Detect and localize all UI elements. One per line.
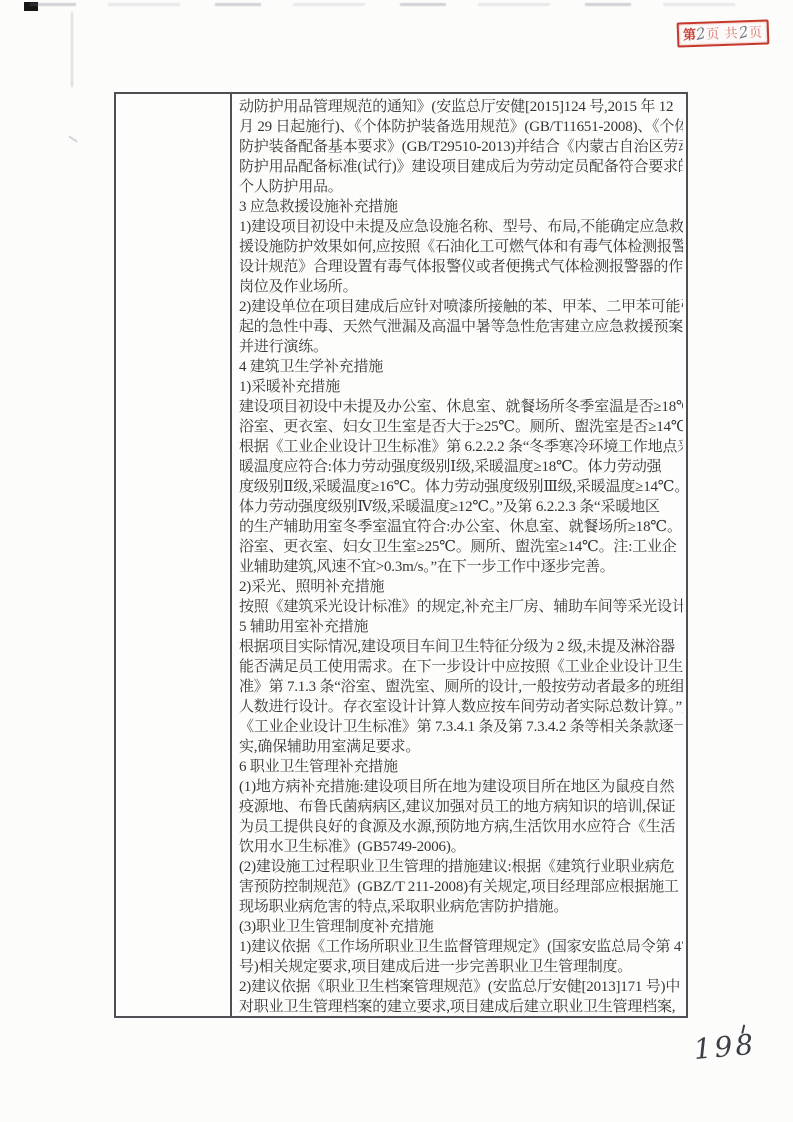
text-line: 实,确保辅助用室满足要求。	[239, 737, 683, 757]
text-line: 浴室、更衣室、妇女卫生室是否大于≥25℃。厕所、盥洗室是否≥14℃。	[239, 417, 683, 437]
text-line: 援设施防护效果如何,应按照《石油化工可燃气体和有毒气体检测报警	[239, 237, 683, 257]
text-line: 防护装备配备基本要求》(GB/T29510-2013)并结合《内蒙古自治区劳动	[239, 137, 683, 157]
text-line: 1)建设项目初设中未提及应急设施名称、型号、布局,不能确定应急救	[239, 217, 683, 237]
text-line: 月 29 日起施行)、《个体防护装备选用规范》(GB/T11651-2008)、…	[239, 117, 683, 137]
text-line: 根据《工业企业设计卫生标准》第 6.2.2.2 条“冬季寒冷环境工作地点采	[239, 437, 683, 457]
handwritten-page-number: 198	[692, 1027, 765, 1073]
stamp-prefix: 第	[683, 28, 696, 41]
text-line: 号)相关规定要求,项目建成后进一步完善职业卫生管理制度。	[239, 957, 683, 977]
text-line: 人数进行设计。存衣室设计计算人数应按车间劳动者实际总数计算。”及	[239, 697, 683, 717]
page-count-stamp: 第 2 页 共 2 页	[677, 19, 770, 47]
scan-artifact-black-mark	[24, 2, 38, 11]
text-line: 度级别Ⅱ级,采暖温度≥16℃。体力劳动强度级别Ⅲ级,采暖温度≥14℃。	[239, 477, 683, 497]
text-line: 建设项目初设中未提及办公室、休息室、就餐场所冬季室温是否≥18℃。	[239, 397, 683, 417]
text-line: 起的急性中毒、天然气泄漏及高温中暑等急性危害建立应急救援预案,	[239, 317, 683, 337]
text-line: 3 应急救援设施补充措施	[239, 197, 683, 217]
text-line: 防护用品配备标准(试行)》建设项目建成后为劳动定员配备符合要求的	[239, 157, 683, 177]
scan-artifact-left-smudge	[71, 12, 73, 87]
text-line: 动防护用品管理规范的通知》(安监总厅安健[2015]124 号,2015 年 1…	[239, 97, 683, 117]
text-line: (3)职业卫生管理制度补充措施	[239, 917, 683, 937]
text-line: 业辅助建筑,风速不宜>0.3m/s。”在下一步工作中逐步完善。	[239, 557, 683, 577]
text-line: 害预防控制规范》(GBZ/T 211-2008)有关规定,项目经理部应根据施工	[239, 877, 683, 897]
scan-artifact-slash	[68, 135, 77, 142]
text-line: 5 辅助用室补充措施	[239, 617, 683, 637]
text-line: 2)建议依据《职业卫生档案管理规范》(安监总厅安健[2013]171 号)中	[239, 977, 683, 997]
text-line: 疫源地、布鲁氏菌病病区,建议加强对员工的地方病知识的培训,保证	[239, 797, 683, 817]
scan-artifact-top-edge	[30, 3, 765, 6]
stamp-handwritten-number-1: 2	[696, 25, 707, 43]
scanned-page: 第 2 页 共 2 页 动防护用品管理规范的通知》(安监总厅安健[2015]12…	[0, 0, 793, 1122]
text-line: 准》第 7.1.3 条“浴室、盥洗室、厕所的设计,一般按劳动者最多的班组	[239, 677, 683, 697]
text-line: 按照《建筑采光设计标准》的规定,补充主厂房、辅助车间等采光设计。	[239, 597, 683, 617]
text-line: (2)建设施工过程职业卫生管理的措施建议:根据《建筑行业职业病危	[239, 857, 683, 877]
text-line: 饮用水卫生标准》(GB5749-2006)。	[239, 837, 683, 857]
table-label-cell	[116, 94, 232, 1016]
handwritten-page-number-text: 198	[692, 1028, 757, 1066]
text-line: 的生产辅助用室冬季室温宜符合:办公室、休息室、就餐场所≥18℃。	[239, 517, 683, 537]
table-content-cell: 动防护用品管理规范的通知》(安监总厅安健[2015]124 号,2015 年 1…	[232, 94, 686, 1016]
text-line: 根据项目实际情况,建设项目车间卫生特征分级为 2 级,未提及淋浴器	[239, 637, 683, 657]
document-table: 动防护用品管理规范的通知》(安监总厅安健[2015]124 号,2015 年 1…	[114, 92, 688, 1018]
text-line: 4 建筑卫生学补充措施	[239, 357, 683, 377]
text-line: 1)建议依据《工作场所职业卫生监督管理规定》(国家安监总局令第 47	[239, 937, 683, 957]
text-line: 个人防护用品。	[239, 177, 683, 197]
stamp-middle: 页 共	[706, 26, 739, 40]
text-line: 2)建设单位在项目建成后应针对喷漆所接触的苯、甲苯、二甲苯可能引	[239, 297, 683, 317]
text-line: 现场职业病危害的特点,采取职业病危害防护措施。	[239, 897, 683, 917]
text-line: 1)采暖补充措施	[239, 377, 683, 397]
text-line: 《工业企业设计卫生标准》第 7.3.4.1 条及第 7.3.4.2 条等相关条款…	[239, 717, 683, 737]
text-line: 体力劳动强度级别Ⅳ级,采暖温度≥12℃。”及第 6.2.2.3 条“采暖地区	[239, 497, 683, 517]
text-line: 为员工提供良好的食源及水源,预防地方病,生活饮用水应符合《生活	[239, 817, 683, 837]
text-line: 2)采光、照明补充措施	[239, 577, 683, 597]
stamp-handwritten-number-2: 2	[738, 24, 749, 42]
text-line: 岗位及作业场所。	[239, 277, 683, 297]
text-line: 暖温度应符合:体力劳动强度级别Ⅰ级,采暖温度≥18℃。体力劳动强	[239, 457, 683, 477]
text-line: 对职业卫生管理档案的建立要求,项目建成后建立职业卫生管理档案,	[239, 997, 683, 1016]
text-line: 设计规范》合理设置有毒气体报警仪或者便携式气体检测报警器的作业	[239, 257, 683, 277]
stamp-suffix: 页	[749, 26, 763, 39]
text-line: (1)地方病补充措施:建设项目所在地为建设项目所在地区为鼠疫自然	[239, 777, 683, 797]
text-line: 浴室、更衣室、妇女卫生室≥25℃。厕所、盥洗室≥14℃。注:工业企	[239, 537, 683, 557]
text-line: 能否满足员工使用需求。在下一步设计中应按照《工业企业设计卫生标	[239, 657, 683, 677]
text-line: 并进行演练。	[239, 337, 683, 357]
text-line: 6 职业卫生管理补充措施	[239, 757, 683, 777]
